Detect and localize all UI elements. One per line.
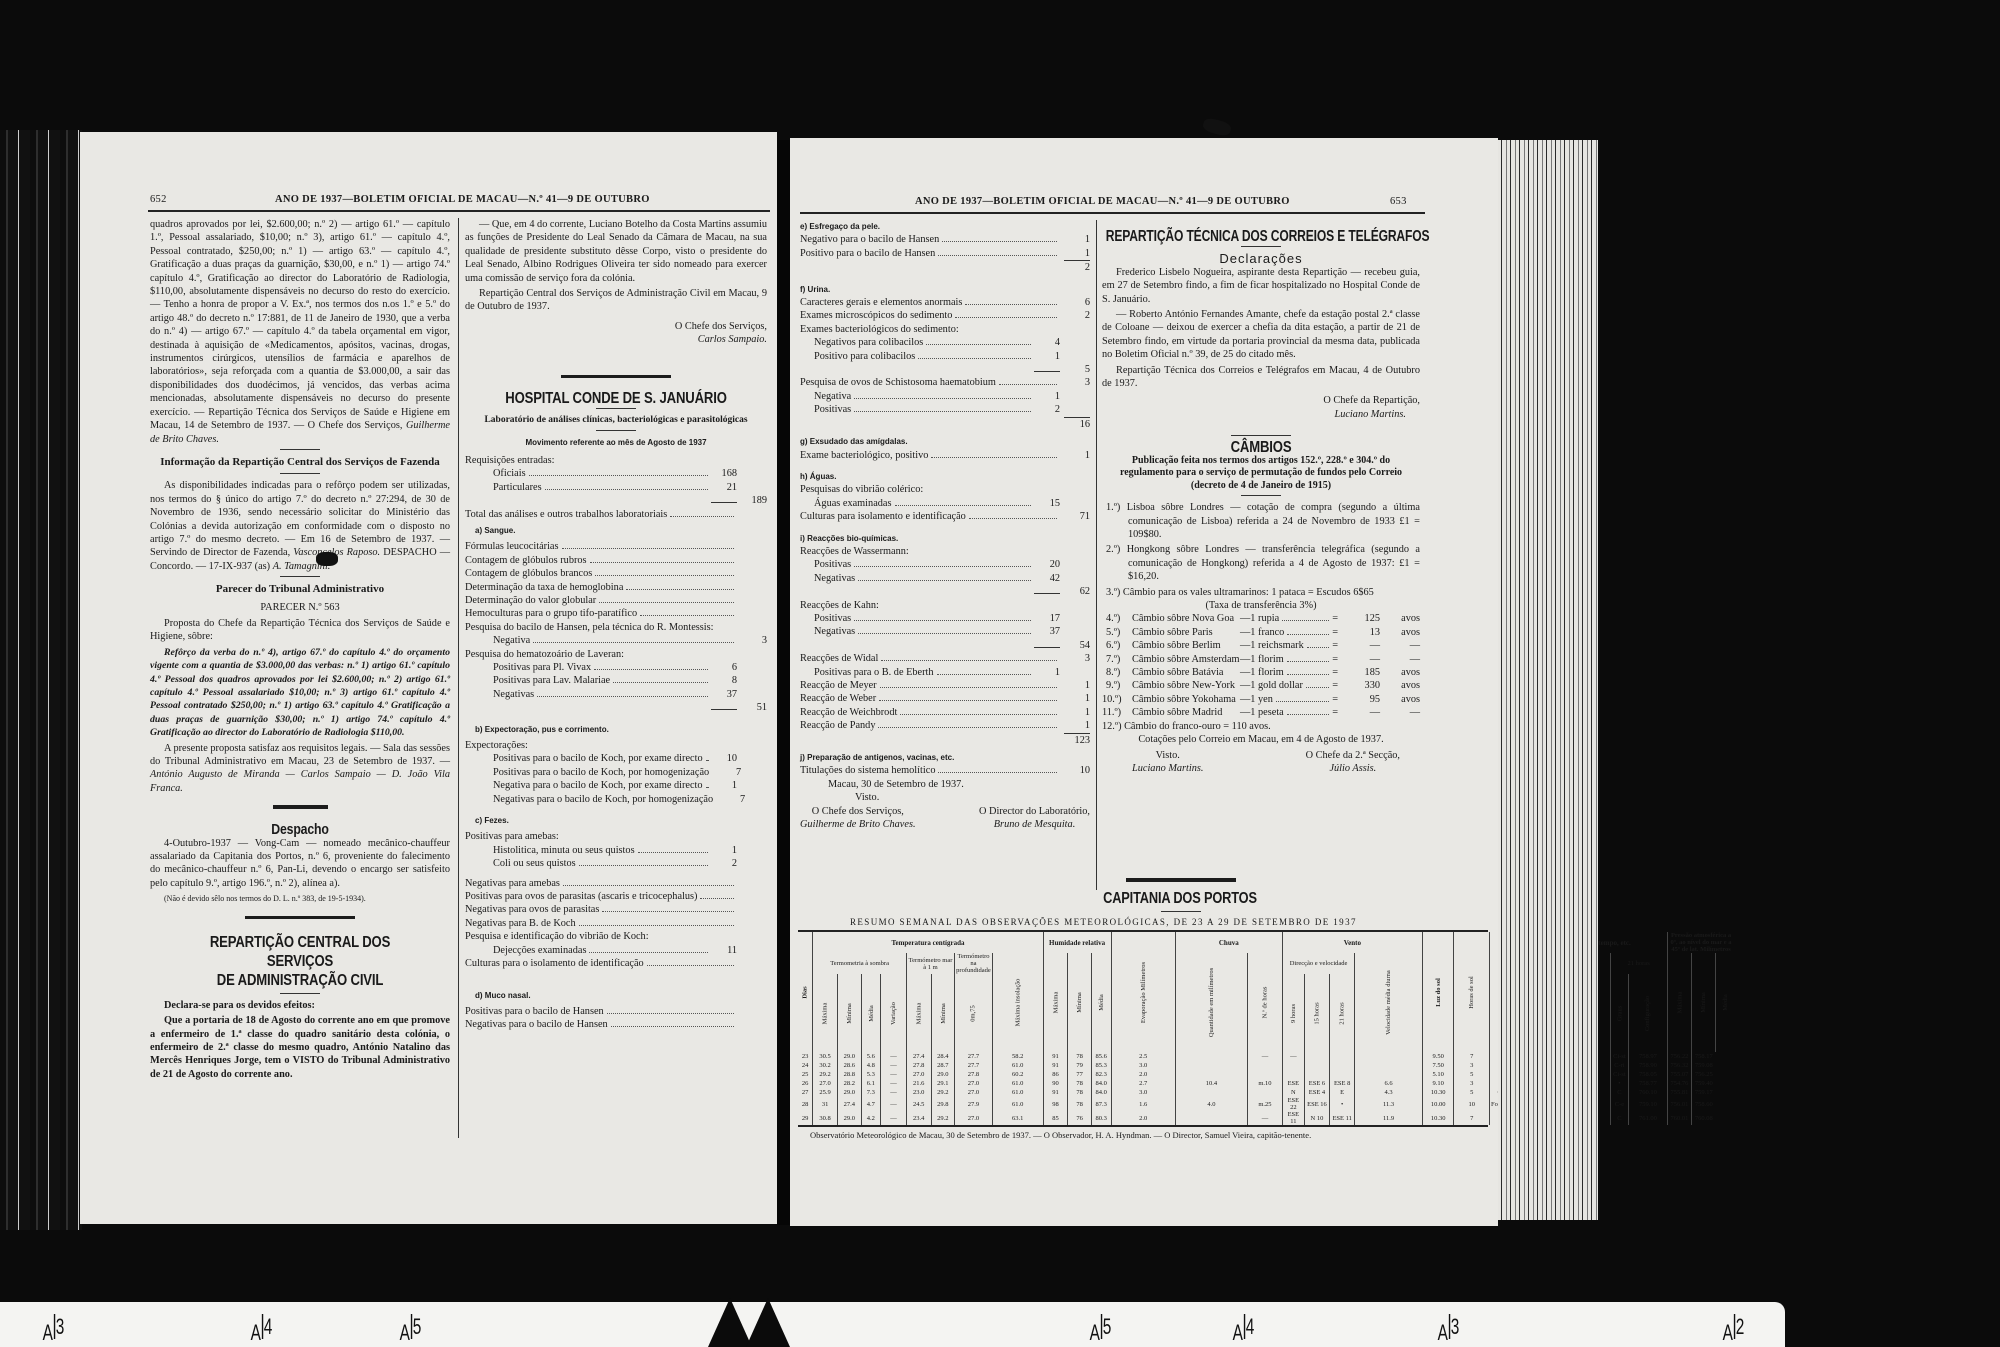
col-sun: Luz do sol	[1422, 932, 1454, 1052]
col-sea-max: Máxima	[906, 974, 931, 1052]
meteo-cell: 77	[1068, 1070, 1092, 1079]
stat-row: Águas examinadas15	[800, 497, 1090, 510]
meteo-cell: m.10	[1248, 1079, 1283, 1088]
meteo-cell: 98	[1043, 1097, 1068, 1111]
requisitions-label: Requisições entradas:	[465, 454, 767, 467]
col-temp-min: Mínima	[837, 974, 861, 1052]
expect-label: Expectorações:	[465, 739, 767, 752]
col-evaporation: Evaporação Milímetros	[1111, 932, 1175, 1052]
secao-signature: O Chefe da 2.ª Secção,Júlio Assis.	[1306, 749, 1400, 776]
signoff-title: O Chefe dos Serviços,	[465, 320, 767, 333]
parecer-intro: Proposta do Chefe da Repartição Técnica …	[150, 617, 450, 644]
frame-mark: A4	[1233, 1314, 1255, 1346]
meteo-cell: E	[1330, 1088, 1355, 1097]
meteo-cell: 5.3	[861, 1070, 881, 1079]
stat-row: Positivas17	[800, 612, 1090, 625]
meteo-cell: —	[881, 1111, 907, 1125]
lab-place-date: Macau, 30 de Setembro de 1937.	[800, 778, 1090, 791]
rates-list: 4.º)Câmbio sôbre Nova Goa— 1 rupia=125av…	[1102, 612, 1420, 719]
hospital-heading: HOSPITAL CONDE DE S. JANUÁRIO	[492, 392, 740, 405]
divider	[280, 449, 320, 450]
meteo-cell: 29.0	[931, 1070, 955, 1079]
frame-mark: A3	[43, 1314, 65, 1346]
meteo-cell: 29	[798, 1111, 813, 1125]
chefe-signature: O Chefe dos Serviços,Guilherme de Brito …	[800, 805, 916, 832]
col-hum-max: Máxima	[1043, 953, 1068, 1052]
admin-heading-line-1: REPARTIÇÃO CENTRAL DOS SERVIÇOS	[177, 933, 423, 971]
section-j: j) Preparação de antigenos, vacinas, etc…	[800, 751, 1090, 764]
parecer-number: PARECER N.º 563	[150, 601, 450, 614]
meteo-footer: Observatório Meteorológico de Macau, 30 …	[790, 1130, 1498, 1140]
divider	[596, 408, 636, 409]
meteo-cell: 4.0	[1175, 1097, 1247, 1111]
stat-row: Reacção de Meyer1	[800, 679, 1090, 692]
meteo-cell: 758.97	[1629, 1052, 1667, 1061]
meteo-cell: 28.8	[837, 1070, 861, 1079]
meteo-cell: 76	[1068, 1111, 1092, 1125]
stat-row: Titulações do sistema hemolítico10	[800, 764, 1090, 777]
senado-paragraph: — Que, em 4 do corrente, Luciano Botelho…	[465, 218, 767, 285]
col-press-max: Máxima	[1667, 953, 1692, 1052]
divider	[1231, 435, 1291, 436]
despacho-note: (Não é devido sêlo nos termos do D. L. n…	[150, 892, 450, 905]
col-sea-min: Mínima	[931, 974, 955, 1052]
section-f: f) Urina.	[800, 283, 1090, 296]
stat-total: 189	[465, 494, 767, 507]
meteo-cell: —	[881, 1079, 907, 1088]
meteo-cell: 3.0	[1111, 1088, 1175, 1097]
stat-total: 2	[800, 260, 1090, 274]
divider	[280, 473, 320, 474]
capitania-section: CAPITANIA DOS PORTOS RESUMO SEMANAL DAS …	[790, 878, 1498, 1140]
col-wind-15: 15 horas	[1304, 974, 1329, 1052]
meteo-cell: 10.4	[1175, 1079, 1247, 1088]
meteo-cell: 754.76	[1667, 1079, 1692, 1088]
cambio-1: 1.º) Lisboa sôbre Londres — cotação de c…	[1102, 501, 1420, 541]
meteo-table-wrapper: Dias Temperatura centígrada Humidade rel…	[798, 930, 1488, 1127]
meteo-cell: 27.8	[906, 1061, 931, 1070]
meteo-cell: 761.00	[1629, 1111, 1667, 1125]
stat-total: 16	[800, 417, 1090, 431]
stat-total: 5	[800, 363, 1090, 376]
meteo-cell: 760.10	[1629, 1088, 1667, 1097]
meteo-cell: 30.2	[813, 1061, 838, 1070]
meteo-cell	[1248, 1061, 1283, 1070]
meteo-cell: 4.7	[861, 1097, 881, 1111]
right-page: ANO DE 1937—BOLETIM OFICIAL DE MACAU—N.º…	[790, 138, 1498, 1226]
stat-row: Particulares21	[465, 481, 767, 494]
meteo-cell: —	[1248, 1052, 1283, 1061]
meteo-cell: 10.00	[1422, 1097, 1454, 1111]
col-rain-qty: Quantidade em milímetros	[1175, 953, 1247, 1052]
meteo-cell: ESE 16	[1304, 1097, 1329, 1111]
sub-sombra: Termometria à sombra	[813, 953, 907, 974]
stat-total: 54	[800, 639, 1090, 652]
meteo-cell: 58.2	[992, 1052, 1043, 1061]
stat-row: Reacções de Widal3	[800, 652, 1090, 665]
admin-heading-line-2: DE ADMINISTRAÇÃO CIVIL	[177, 971, 423, 990]
meteo-cell: 28.2	[837, 1079, 861, 1088]
meteo-cell: 28.7	[931, 1061, 955, 1070]
column-rule	[1096, 220, 1097, 890]
correios-heading: REPARTIÇÃO TÉCNICA DOS CORREIOS E TELÉGR…	[1106, 230, 1416, 243]
sub-prof: Termómetro na profundidade	[955, 953, 993, 974]
meteo-cell: 29.0	[837, 1111, 861, 1125]
meteo-cell: Ci-st	[1610, 1070, 1629, 1079]
meteo-cell: —	[881, 1052, 907, 1061]
stat-row: Caracteres gerais e elementos anormais6	[800, 296, 1090, 309]
meteo-cell: Ci-st	[1610, 1052, 1629, 1061]
meteo-cell: C-e	[1610, 1097, 1629, 1111]
meteo-cell: 27.7	[955, 1052, 993, 1061]
rate-row: 7.º)Câmbio sôbre Amsterdam— 1 florim=——	[1102, 653, 1420, 666]
col-wind-speed: Velocidade média diurna	[1355, 953, 1423, 1052]
meteo-cell	[1282, 1061, 1304, 1070]
meteo-cell: 91	[1043, 1088, 1068, 1097]
col-dias: Dias	[798, 932, 813, 1052]
stat-row: Pesquisa de ovos de Schistosoma haematob…	[800, 376, 1090, 389]
meteo-cell: 758.77	[1629, 1079, 1667, 1088]
meteo-cell: 30.8	[813, 1111, 838, 1125]
col-temp-avg: Média	[861, 974, 881, 1052]
rate-row: 4.º)Câmbio sôbre Nova Goa— 1 rupia=125av…	[1102, 612, 1420, 625]
meteo-cell: ESE 11	[1282, 1111, 1304, 1125]
meteo-cell	[1175, 1111, 1247, 1125]
meteo-cell: 84.0	[1091, 1088, 1111, 1097]
stat-row: Negativas para B. de Koch	[465, 917, 767, 930]
sub-h21: 21 horas	[1610, 953, 1667, 974]
meteo-cell: N 10	[1304, 1111, 1329, 1125]
meteo-cell: 759.17	[1692, 1088, 1716, 1097]
cotacoes: Cotações pelo Correio em Macau, em 4 de …	[1102, 733, 1420, 746]
meteo-cell: 759.10	[1629, 1097, 1667, 1111]
left-col-2: — Que, em 4 do corrente, Luciano Botelho…	[465, 218, 767, 1032]
meteo-cell: 759.40	[1692, 1079, 1716, 1088]
meteo-cell: 755.07	[1667, 1070, 1692, 1079]
meteo-cell: 758.90	[1629, 1061, 1667, 1070]
stat-row: Reacção de Weichbrodt1	[800, 706, 1090, 719]
kahn-label: Reacções de Kahn:	[800, 599, 1090, 612]
stat-row: Positivas20	[800, 558, 1090, 571]
capitania-heading: CAPITANIA DOS PORTOS	[897, 890, 1463, 908]
stat-row: Negativas para ovos de parasitas	[465, 903, 767, 916]
meteo-cell: N	[1282, 1088, 1304, 1097]
microfilm-strip: A3A4A5A5A4A3A2	[0, 1302, 1785, 1347]
meteo-cell: 85.3	[1091, 1061, 1111, 1070]
book-fore-edge	[1498, 140, 1598, 1220]
divider	[1241, 495, 1281, 496]
meteo-cell: 61.0	[992, 1088, 1043, 1097]
meteo-cell: 28.6	[837, 1061, 861, 1070]
meteo-cell: 23	[798, 1052, 813, 1061]
meteo-cell: ESE 22	[1282, 1097, 1304, 1111]
meteo-cell: 27.0	[813, 1079, 838, 1088]
stat-row: Negativa para o bacilo de Koch, por exam…	[465, 779, 767, 792]
section-d: d) Muco nasal.	[465, 989, 767, 1002]
stat-row: Negativos para colibacilos4	[800, 336, 1090, 349]
meteo-cell: 28.4	[931, 1052, 955, 1061]
meteo-cell: 61.0	[992, 1097, 1043, 1111]
section-b: b) Expectoração, pus e corrimento.	[465, 723, 767, 736]
meteo-cell: —	[881, 1061, 907, 1070]
col-wind-9: 9 horas	[1282, 974, 1304, 1052]
stat-row: Positivas para o bacilo de Hansen	[465, 1005, 767, 1018]
urina-bact-label: Exames bacteriológicos do sedimento:	[800, 323, 1090, 336]
section-c: c) Fezes.	[465, 814, 767, 827]
stat-row: Total das análises e outros trabalhos la…	[465, 508, 767, 521]
despacho-text: 4-Outubro-1937 — Vong-Cam — nomeado mecâ…	[150, 837, 450, 891]
rate-row: 5.º)Câmbio sôbre Paris— 1 franco=13avos	[1102, 626, 1420, 639]
meteo-cell: 6.1	[861, 1079, 881, 1088]
meteo-cell: 759.08	[1692, 1061, 1716, 1070]
correios-chefe-name: Luciano Martins.	[1102, 408, 1420, 421]
meteo-cell: 11.9	[1355, 1111, 1423, 1125]
meteo-cell: 78	[1068, 1052, 1092, 1061]
stat-row: Positivas para Lav. Malariae8	[465, 674, 767, 687]
stat-row: Culturas para isolamento e identificação…	[800, 510, 1090, 523]
meteo-cell: 27	[798, 1088, 813, 1097]
stat-row: Positivas2	[800, 403, 1090, 416]
meteo-cell: 760.01	[1667, 1111, 1692, 1125]
stat-row: Histolitica, minuta ou seus quistos1	[465, 844, 767, 857]
meteo-cell: 61.0	[992, 1061, 1043, 1070]
col-depth: 0m,75	[955, 974, 993, 1052]
rate-row: 6.º)Câmbio sôbre Berlim— 1 reichsmark=——	[1102, 639, 1420, 652]
meteo-cell: 3	[1454, 1079, 1490, 1088]
meteo-cell: 1.6	[1111, 1097, 1175, 1111]
meteo-cell: 86	[1043, 1070, 1068, 1079]
stat-total: 62	[800, 585, 1090, 598]
meteo-cell: 5	[1454, 1088, 1490, 1097]
meteo-cell	[1304, 1070, 1329, 1079]
meteo-cell	[1175, 1052, 1247, 1061]
group-humidity: Humidade relativa	[1043, 932, 1111, 953]
meteo-cell	[1248, 1070, 1283, 1079]
right-col-1: e) Esfregaço da pele. Negativo para o ba…	[800, 220, 1090, 831]
cambios-signatures: Visto.Luciano Martins. O Chefe da 2.ª Se…	[1102, 747, 1420, 776]
col-press-avg: Média	[1715, 953, 1734, 1052]
meteo-cell: ESE 8	[1330, 1079, 1355, 1088]
divider	[280, 576, 320, 577]
meteo-cell	[1355, 1061, 1423, 1070]
fazenda-text: As disponibilidades indicadas para o ref…	[150, 479, 450, 573]
meteo-cell: 10.30	[1422, 1088, 1454, 1097]
group-pressure: Pressão atmosférica a 0º, ao nível do ma…	[1667, 932, 1734, 953]
stat-row: Negativo para o bacilo de Hansen1	[800, 233, 1090, 246]
left-page: 652 ANO DE 1937—BOLETIM OFICIAL DE MACAU…	[80, 132, 777, 1224]
meteo-cell: 29.2	[813, 1070, 838, 1079]
parecer-closing: A presente proposta satisfaz aos requisi…	[150, 742, 450, 796]
meteo-cell: 758.60	[1692, 1097, 1716, 1111]
col-cloud-conf-21: Configuração	[1629, 974, 1667, 1052]
meteo-cell: 758.17	[1692, 1052, 1716, 1061]
stat-row: Hemoculturas para o grupo tifo-paratífic…	[465, 607, 767, 620]
stat-row: Positivas para o B. de Eberth1	[800, 666, 1090, 679]
meteo-cell: C	[1610, 1088, 1629, 1097]
meteo-cell	[1282, 1070, 1304, 1079]
divider	[1161, 911, 1201, 912]
col-press-min: Mínima	[1692, 953, 1716, 1052]
meteo-cell: 90	[1043, 1079, 1068, 1088]
sub-mar: Termómetro mar à 1 m	[906, 953, 954, 974]
meteo-cell: —	[1248, 1111, 1283, 1125]
group-temp: Temperatura centígrada	[813, 932, 1043, 953]
right-running-head: ANO DE 1937—BOLETIM OFICIAL DE MACAU—N.º…	[915, 196, 1290, 207]
meteo-cell: 21.6	[906, 1079, 931, 1088]
stat-row: Positivas para ovos de parasitas (ascari…	[465, 890, 767, 903]
rate-row: 9.º)Câmbio sôbre New-York— 1 gold dollar…	[1102, 679, 1420, 692]
meteo-cell: 27.0	[955, 1088, 993, 1097]
fazenda-heading: Informação da Repartição Central dos Ser…	[150, 456, 450, 469]
capitania-subtitle: RESUMO SEMANAL DAS OBSERVAÇÕES METEOROLÓ…	[790, 917, 1498, 927]
meteo-cell	[1304, 1052, 1329, 1061]
vibriao-label: Pesquisa e identificação do vibrião de K…	[465, 930, 767, 943]
meteo-cell: 27.4	[837, 1097, 861, 1111]
meteo-cell: 2.0	[1111, 1070, 1175, 1079]
col-insolation: Máxima insolação	[992, 953, 1043, 1052]
frame-mark: A2	[1723, 1314, 1745, 1346]
meteo-cell: 91	[1043, 1061, 1068, 1070]
meteo-cell: ESE 11	[1330, 1111, 1355, 1125]
meteo-cell: 9.10	[1422, 1079, 1454, 1088]
meteo-cell: 5.10	[1422, 1070, 1454, 1079]
meteo-cell: ESE	[1282, 1079, 1304, 1088]
admin-text: Que a portaria de 18 de Agosto do corren…	[150, 1014, 450, 1081]
section-rule	[245, 916, 355, 919]
parecer-italic: Refôrço da verba do n.º 4), artigo 67.º …	[150, 646, 450, 740]
meteo-cell: 23.4	[906, 1111, 931, 1125]
meteo-cell	[1330, 1052, 1355, 1061]
stat-row: Negativa1	[800, 390, 1090, 403]
meteo-cell: 84.0	[1091, 1079, 1111, 1088]
cambio-3-note: (Taxa de transferência 3%)	[1102, 599, 1420, 612]
meteo-cell: 85	[1043, 1111, 1068, 1125]
meteo-cell: 27.8	[955, 1070, 993, 1079]
group-wind: Vento	[1282, 932, 1422, 953]
stat-row: Positivas para o bacilo de Koch, por exa…	[465, 752, 767, 765]
meteo-cell: •	[1330, 1097, 1355, 1111]
meteo-cell: 4.2	[861, 1111, 881, 1125]
meteo-cell: —	[881, 1097, 907, 1111]
meteo-cell: 760.08	[1692, 1111, 1716, 1125]
meteo-cell: 756.01	[1667, 1097, 1692, 1111]
meteo-cell: 3	[1454, 1061, 1490, 1070]
meteo-cell: 9.50	[1422, 1052, 1454, 1061]
stat-row: Negativas para amebas	[465, 877, 767, 890]
meteo-cell: 25.9	[813, 1088, 838, 1097]
meteo-cell	[1355, 1052, 1423, 1061]
meteo-cell: 2.7	[1111, 1079, 1175, 1088]
budget-paragraph: quadros aprovados por lei, $2.600,00; n.…	[150, 218, 450, 446]
book-gutter	[777, 140, 790, 1225]
right-col-2: REPARTIÇÃO TÉCNICA DOS CORREIOS E TELÉGR…	[1102, 230, 1420, 775]
col-rain-hours: N.º de horas	[1248, 953, 1283, 1052]
meteo-cell: 80.3	[1091, 1111, 1111, 1125]
meteo-cell: 78	[1068, 1097, 1092, 1111]
meteo-cell: —	[1282, 1052, 1304, 1061]
right-page-number: 653	[1390, 196, 1407, 207]
meteo-cell	[1330, 1061, 1355, 1070]
stat-row: Reacção de Pandy1	[800, 719, 1090, 732]
meteo-cell: 24.5	[906, 1097, 931, 1111]
meteo-cell: 60.2	[992, 1070, 1043, 1079]
laveran-label: Pesquisa do hematozoário de Laveran:	[465, 648, 767, 661]
ink-blot	[316, 552, 338, 566]
declaration-1: Frederico Lisbelo Nogueira, aspirante de…	[1102, 266, 1420, 306]
meteo-cell: 27.0	[955, 1079, 993, 1088]
meteo-cell: C	[1610, 1111, 1629, 1125]
correios-chefe-title: O Chefe da Repartição,	[1102, 394, 1420, 407]
rate-row: 10.º)Câmbio sôbre Yokohama— 1 yen=95avos	[1102, 693, 1420, 706]
meteo-cell: 756.32	[1667, 1061, 1692, 1070]
frame-mark: A5	[1090, 1314, 1112, 1346]
meteo-cell: 78	[1068, 1079, 1092, 1088]
meteo-cell: 7.3	[861, 1088, 881, 1097]
meteo-cell: 28	[798, 1097, 813, 1111]
correios-place-date: Repartição Técnica dos Correios e Telégr…	[1102, 364, 1420, 391]
meteo-cell: 27.7	[955, 1061, 993, 1070]
section-i: i) Reacções bio-químicas.	[800, 532, 1090, 545]
stat-row: Fórmulas leucocitárias	[465, 540, 767, 553]
left-running-head: ANO DE 1937—BOLETIM OFICIAL DE MACAU—N.º…	[275, 194, 650, 205]
frame-mark: A5	[400, 1314, 422, 1346]
meteo-cell: ESE 4	[1304, 1088, 1329, 1097]
meteo-cell: 27.0	[906, 1070, 931, 1079]
group-rain: Chuva	[1175, 932, 1282, 953]
header-rule	[148, 210, 770, 212]
left-col-1: quadros aprovados por lei, $2.600,00; n.…	[150, 218, 450, 1083]
declaracoes-heading: Declarações	[1102, 252, 1420, 265]
rate-row: 8.º)Câmbio sôbre Batávia— 1 florim=185av…	[1102, 666, 1420, 679]
meteo-cell: 10.30	[1422, 1111, 1454, 1125]
meteo-cell: 24	[798, 1061, 813, 1070]
cambio-3: 3.º) Câmbio para os vales ultramarinos: …	[1102, 586, 1420, 599]
meteo-cell: C-ri	[1610, 1061, 1629, 1070]
meteo-cell: 91	[1043, 1052, 1068, 1061]
stat-row: Coli ou seus quistos2	[465, 857, 767, 870]
meteo-cell: 29.8	[931, 1097, 955, 1111]
meteo-cell: 79	[1068, 1061, 1092, 1070]
sub-dir: Direcção e velocidade	[1282, 953, 1354, 974]
section-h: h) Águas.	[800, 470, 1090, 483]
divider	[280, 993, 320, 994]
section-rule	[561, 375, 671, 378]
stat-row: Positivo para o bacilo de Hansen1	[800, 247, 1090, 260]
col-hum-avg: Média	[1091, 953, 1111, 1052]
cambio-2: 2.º) Hongkong sôbre Londres — transferên…	[1102, 543, 1420, 583]
meteo-cell: —	[881, 1070, 907, 1079]
stat-row: Negativa3	[465, 634, 767, 647]
col-hum-min: Mínima	[1068, 953, 1092, 1052]
col-cloud-deg-21: Graus	[1610, 974, 1629, 1052]
stat-row: Determinação da taxa de hemoglobina	[465, 581, 767, 594]
meteo-cell: 4.3	[1355, 1088, 1423, 1097]
lab-visto: Visto.	[800, 791, 1090, 804]
cambios-subheading: Publicação feita nos termos dos artigos …	[1102, 455, 1420, 493]
meteo-cell: 29.0	[837, 1088, 861, 1097]
movement-title: Movimento referente ao mês de Agosto de …	[465, 436, 767, 449]
stat-row: Negativas42	[800, 572, 1090, 585]
meteo-cell: •	[1610, 1079, 1629, 1088]
meteo-cell: 755.81	[1667, 1088, 1692, 1097]
book-spine-left	[0, 130, 82, 1230]
despacho-heading: Despacho	[177, 823, 423, 836]
meteo-cell: 11.3	[1355, 1097, 1423, 1111]
stat-row: Negativas37	[465, 688, 767, 701]
declaration-2: — Roberto António Fernandes Amante, chef…	[1102, 308, 1420, 362]
stat-row: Reacção de Weber1	[800, 692, 1090, 705]
column-rule	[458, 218, 459, 1138]
